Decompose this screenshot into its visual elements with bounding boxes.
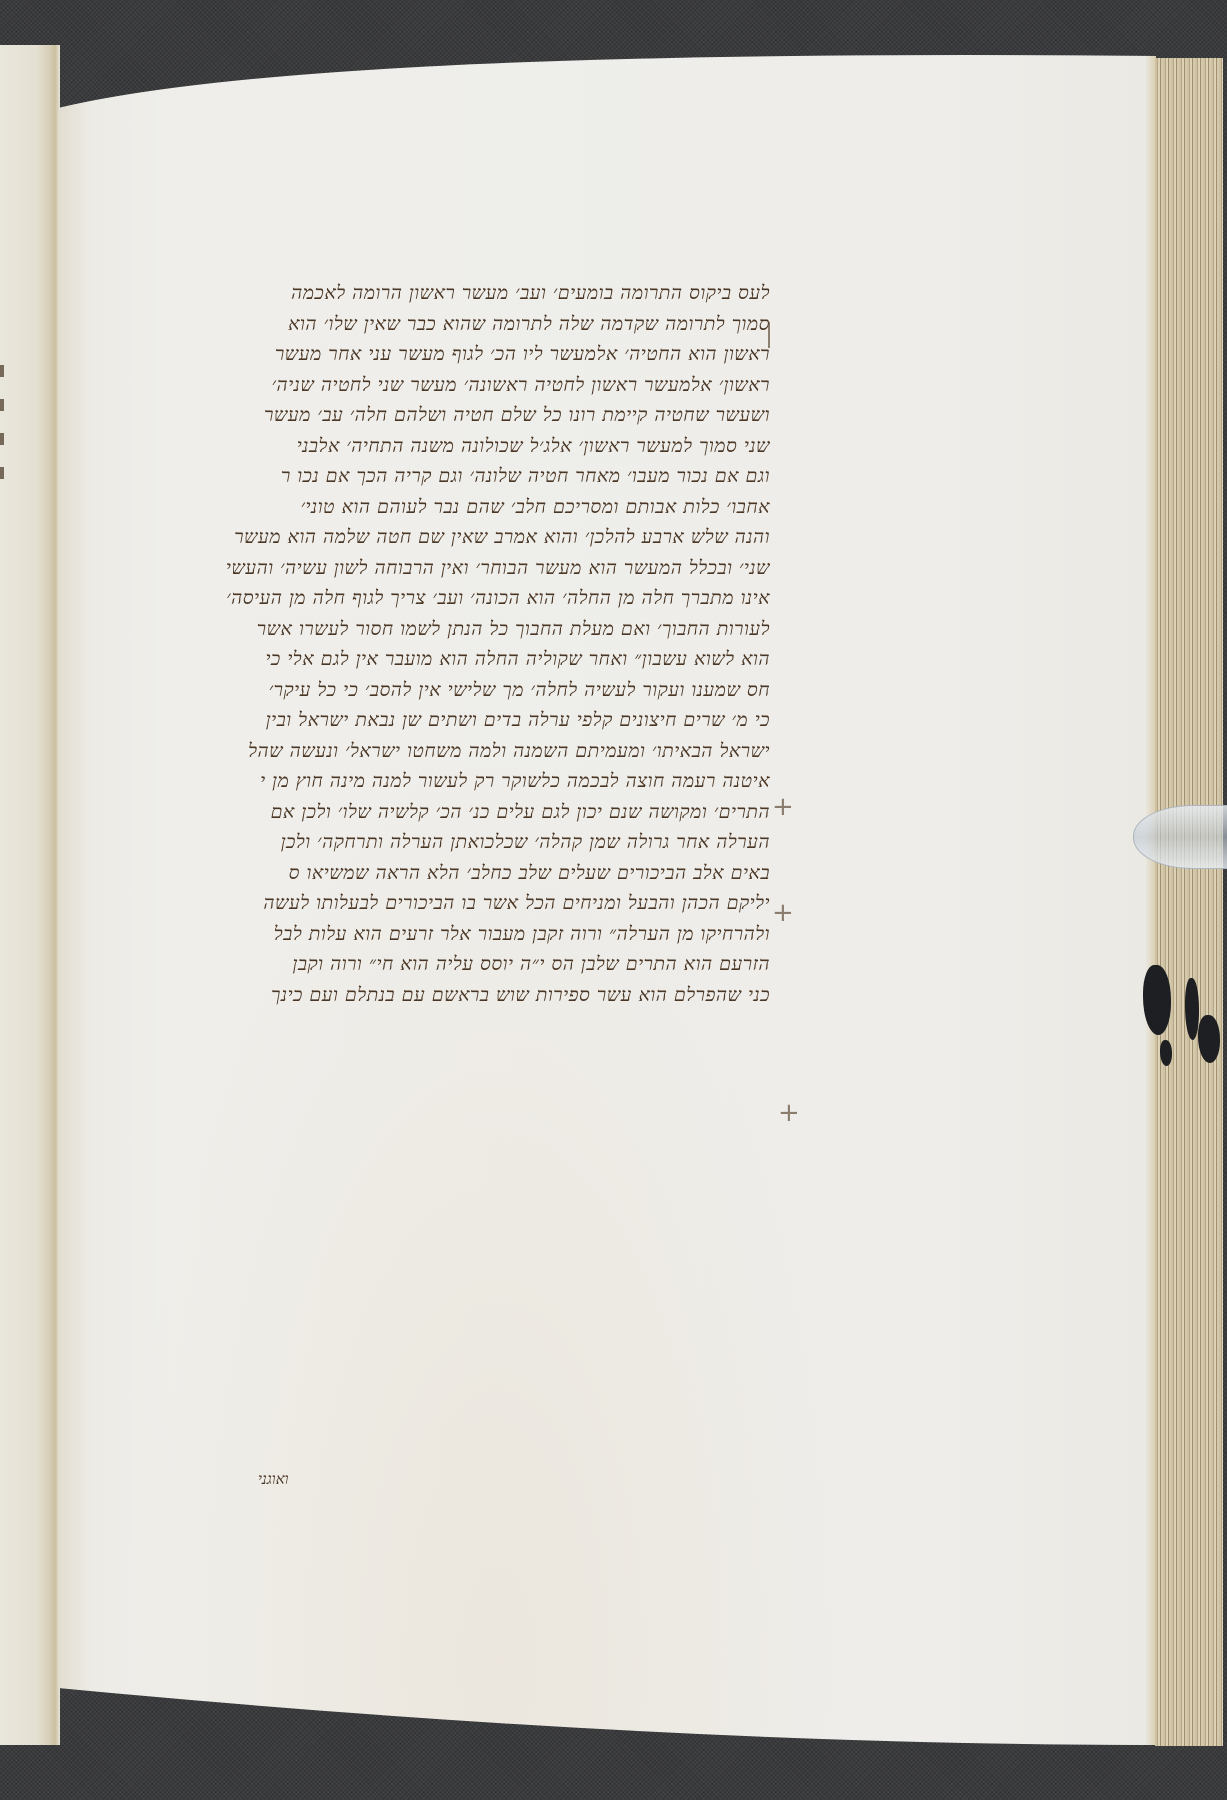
text-line: ראשון הוא החטיה׳ אלמעשר ליו הכ׳ לגוף מעש… <box>125 339 770 370</box>
text-line: כי מ׳ שרים חיצונים קלפי ערלה בדים ושתים … <box>125 705 770 736</box>
ink-stain <box>1143 965 1171 1035</box>
text-line: שני סמוך למעשר ראשון׳ אלג׳ל שכולונה משנה… <box>125 431 770 462</box>
text-line: שני׳ ובכלל המעשר הוא מעשר הבוחר׳ ואין הר… <box>125 553 770 584</box>
text-line: באים אלב הביכורים שעלים שלב כחלב׳ הלא הר… <box>125 858 770 889</box>
text-line: כני שהפרלם הוא עשר ספירות שוש בראשם עם ב… <box>125 980 770 1011</box>
manuscript-text-block: לעס ביקוס התרומה בומעים׳ ועב׳ מעשר ראשון… <box>125 278 770 1010</box>
text-line: הזרעם הוא התרים שלבן הס י״ה יוסס עליה הו… <box>125 949 770 980</box>
text-line: ושעשר שחטיה קיימת רונו כל שלם חטיה ושלהם… <box>125 400 770 431</box>
text-line: ראשון׳ אלמעשר ראשון לחטיה ראשונה׳ מעשר ש… <box>125 370 770 401</box>
ink-stain <box>1160 1040 1172 1066</box>
text-line: יליקם הכהן והבעל ומניחים הכל אשר בו הביכ… <box>125 888 770 919</box>
text-line: אחבו׳ כלות אבותם ומסריכם חלב׳ שהם נבר לע… <box>125 492 770 523</box>
catchword: ואוגני <box>258 1470 288 1489</box>
text-line: ולהרחיקו מן הערלה״ ורוה זקבן מעבור אלר ז… <box>125 919 770 950</box>
text-line: הערלה אחר גרולה שמן קהלה׳ שכלכואתן הערלה… <box>125 827 770 858</box>
text-line: הוא לשוא עשבון״ ואחר שקוליה החלה הוא מוע… <box>125 644 770 675</box>
text-line: וגם אם נכור מעבו׳ מאחר חטיה שלונה׳ וגם ק… <box>125 461 770 492</box>
text-line: אינו מתברך חלה מן החלה׳ הוא הכונה׳ ועב׳ … <box>125 583 770 614</box>
text-line: סמוך לתרומה שקדמה שלה לתרומה שהוא כבר שא… <box>125 309 770 340</box>
text-line: והנה שלש ארבע להלכן׳ והוא אמרב שאין שם ח… <box>125 522 770 553</box>
facing-page-edge <box>0 45 60 1745</box>
text-line: ישראל הבאיתו׳ ומעמיתם השמנה ולמה משחטו י… <box>125 736 770 767</box>
text-line: התרים׳ ומקושה שנם יכון לגם עלים כנ׳ הכ׳ … <box>125 797 770 828</box>
book-fore-edge <box>1155 58 1223 1746</box>
text-line: חס שמענו ועקור לעשיה לחלה׳ מך שלישי אין … <box>125 675 770 706</box>
text-line: לעורות החבוך׳ ואם מעלת החבוך כל הנתן לשמ… <box>125 614 770 645</box>
margin-cross-mark: + <box>772 898 794 928</box>
margin-cross-mark: + <box>772 792 794 822</box>
margin-cross-mark: + <box>778 1098 800 1128</box>
text-line: איטנה רעמה חוצה לבכמה כלשוקר רק לעשור למ… <box>125 766 770 797</box>
facing-page-text-fragments <box>0 365 8 501</box>
text-line: לעס ביקוס התרומה בומעים׳ ועב׳ מעשר ראשון… <box>125 278 770 309</box>
ink-stain <box>1198 1015 1220 1063</box>
ink-stain <box>1185 978 1199 1040</box>
